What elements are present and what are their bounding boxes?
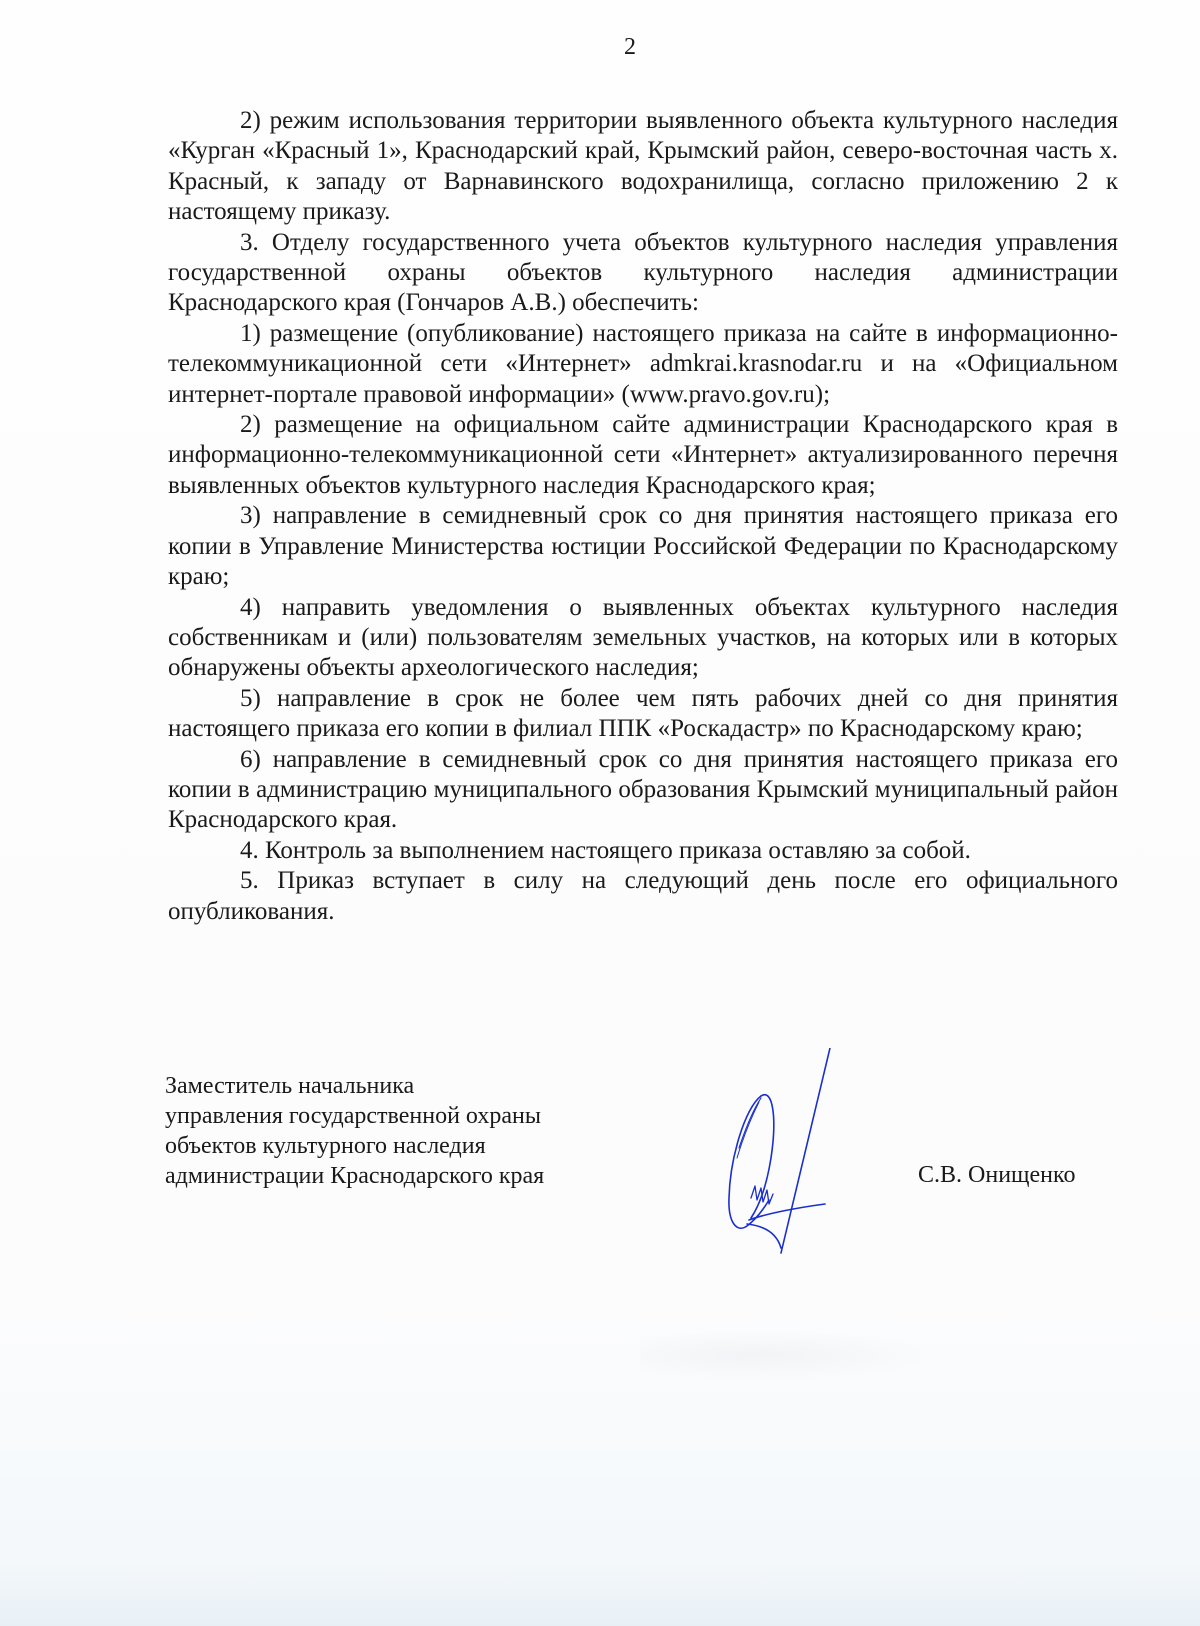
paragraph-ministry-justice: 3) направление в семидневный срок со дня…: [168, 501, 1118, 592]
paragraph-roskadastr: 5) направление в срок не более чем пять …: [168, 684, 1118, 745]
paragraph-publication: 1) размещение (опубликование) настоящего…: [168, 319, 1118, 410]
signatory-title: Заместитель начальника управления госуда…: [165, 1071, 544, 1191]
paragraph-control: 4. Контроль за выполнением настоящего пр…: [168, 836, 1118, 866]
signatory-title-line: Заместитель начальника: [165, 1071, 544, 1101]
paragraph-notifications: 4) направить уведомления о выявленных об…: [168, 593, 1118, 684]
scan-artifact: [640, 1330, 940, 1380]
paragraph-item-3: 3. Отделу государственного учета объекто…: [168, 228, 1118, 319]
paragraph-official-site: 2) размещение на официальном сайте админ…: [168, 410, 1118, 501]
signatory-title-line: объектов культурного наследия: [165, 1131, 544, 1161]
signatory-title-line: администрации Краснодарского края: [165, 1161, 544, 1191]
page-number: 2: [0, 34, 1200, 61]
paragraph-effective-date: 5. Приказ вступает в силу на следующий д…: [168, 866, 1118, 927]
handwritten-signature: [725, 1048, 855, 1258]
document-page: 2 2) режим использования территории выяв…: [0, 0, 1200, 1626]
paragraph-territory-regime: 2) режим использования территории выявле…: [168, 106, 1118, 228]
signatory-name: С.В. Онищенко: [918, 1162, 1075, 1189]
paragraph-municipal-admin: 6) направление в семидневный срок со дня…: [168, 745, 1118, 836]
signatory-title-line: управления государственной охраны: [165, 1101, 544, 1131]
document-body: 2) режим использования территории выявле…: [168, 106, 1118, 927]
